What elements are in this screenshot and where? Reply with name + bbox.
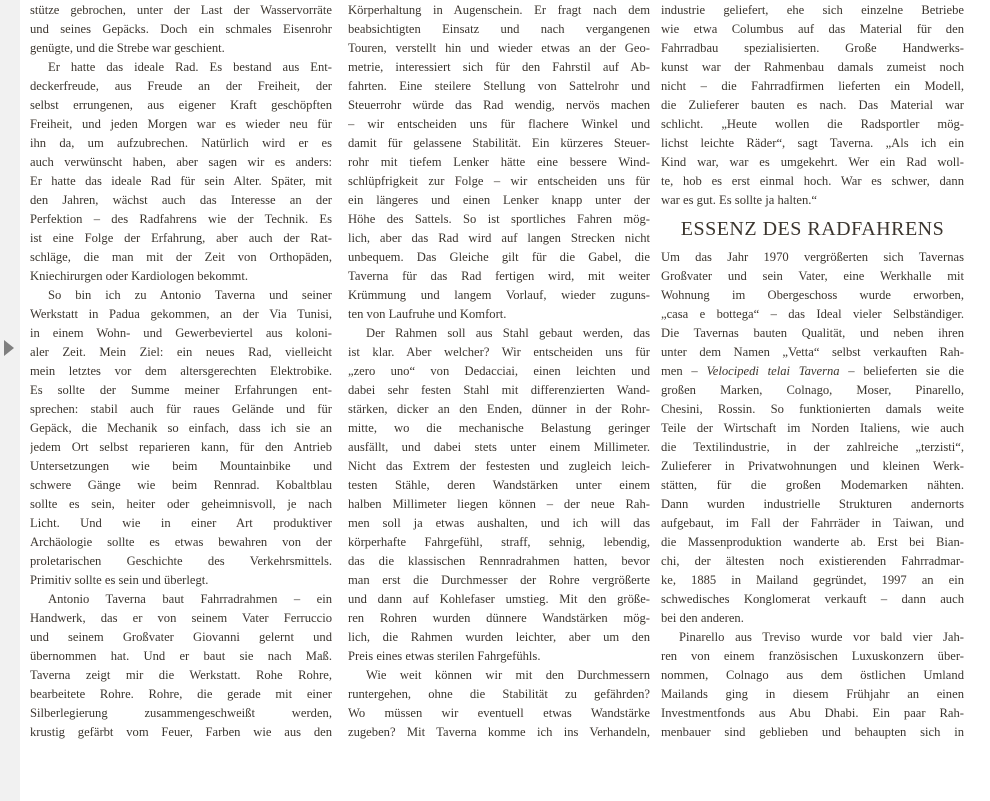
text-line: stätten, für die großen Modemarken nähte… xyxy=(661,476,964,495)
text-line: nicht – die Fahrradfirmen lieferten ein … xyxy=(661,77,964,96)
text-line: übernommen hat. Und er baut sie nach Maß… xyxy=(30,647,332,666)
text-line: Körperhaltung in Augenschein. Er fragt n… xyxy=(348,1,650,20)
text-line: testen Stähle, deren Wandstärken unter e… xyxy=(348,476,650,495)
text-line: Wo müssen wir eventuell etwas Wandstärke xyxy=(348,704,650,723)
text-line: Chesini, Rossin. So funktionierten damal… xyxy=(661,400,964,419)
text-line: Großvater und sein Vater, eine Werkhalle… xyxy=(661,267,964,286)
text-line: rohr mit tiefem Lenker hätte eine besser… xyxy=(348,153,650,172)
magazine-page: stütze gebrochen, unter der Last der Was… xyxy=(0,0,990,801)
text-line: und seines Gepäcks. Doch ein schmales Ei… xyxy=(30,20,332,39)
text-line: Primitiv sollte es sein und überlegt. xyxy=(30,571,332,590)
text-line: Die Tavernas bauten Qualität, und neben … xyxy=(661,324,964,343)
text-line: körperhafte Fahrgefühl, straff, sehnig, … xyxy=(348,533,650,552)
text-line: Antonio Taverna baut Fahrradrahmen – ein xyxy=(30,590,332,609)
text-line: Höhe des Sattels. So ist sportliches Fah… xyxy=(348,210,650,229)
text-line: stütze gebrochen, unter der Last der Was… xyxy=(30,1,332,20)
text-line: ausfällt, und dabei stets unter einem Mi… xyxy=(348,438,650,457)
text-line: sprechen: stabil auch für raues Gelände … xyxy=(30,400,332,419)
text-line: „casa e bottega“ – das Ideal vieler Selb… xyxy=(661,305,964,324)
text-line: dabei sehr festen Stahl mit differenzier… xyxy=(348,381,650,400)
text-line: Freiheit, und jeden Morgen war es wieder… xyxy=(30,115,332,134)
text-line: Wie weit können wir mit den Durchmessern xyxy=(348,666,650,685)
text-line: ren von einem französischen Luxuskonzern… xyxy=(661,647,964,666)
text-line: chi, der ältesten noch existierenden Fah… xyxy=(661,552,964,571)
text-line: mitte, wo die mechanische Belastung geri… xyxy=(348,419,650,438)
text-line: den Jahren, wächst auch das Interesse an… xyxy=(30,191,332,210)
text-line: Gepäck, die Mechanik so einfach, dass ic… xyxy=(30,419,332,438)
text-line: kunst war der Rahmenbau damals zumeist n… xyxy=(661,58,964,77)
text-line: lichst leichte Räder“, sagt Taverna. „Al… xyxy=(661,134,964,153)
text-line: und dann auf Kohlefaser umstieg. Mit den… xyxy=(348,590,650,609)
text-line: war es gut. Es sollte ja halten.“ xyxy=(661,191,964,210)
article-column-3: industrie geliefert, ehe sich einzelne B… xyxy=(661,1,964,742)
article-column-1: stütze gebrochen, unter der Last der Was… xyxy=(30,1,332,742)
text-line: jedem Ort selbst reparieren kann, für de… xyxy=(30,438,332,457)
text-line: aufgebaut, im Fall der Fahrräder in Taiw… xyxy=(661,514,964,533)
text-line: schlicht. „Heute wollen die Radsportler … xyxy=(661,115,964,134)
text-line: selbst errungenen, aus eigener Kraft ges… xyxy=(30,96,332,115)
text-line: Kniechirurgen oder Kardiologen bekommt. xyxy=(30,267,332,286)
text-line: ist klar. Aber welcher? Wir entscheiden … xyxy=(348,343,650,362)
text-line: deckerfreude, aus Freude an der Freiheit… xyxy=(30,77,332,96)
article-column-2: Körperhaltung in Augenschein. Er fragt n… xyxy=(348,1,650,742)
text-line: halben Millimeter liegen können – der ne… xyxy=(348,495,650,514)
text-line: fahrten. Eine steilere Stellung von Satt… xyxy=(348,77,650,96)
text-line: So bin ich zu Antonio Taverna und seiner xyxy=(30,286,332,305)
text-line: Er hatte das ideale Rad. Es bestand aus … xyxy=(30,58,332,77)
text-line: die Textilindustrie, in der zahlreiche „… xyxy=(661,438,964,457)
text-line: industrie geliefert, ehe sich einzelne B… xyxy=(661,1,964,20)
text-line: Taverna für das Rad fertigen wird, mit w… xyxy=(348,267,650,286)
text-line: ke, 1885 in Mailand gegründet, 1997 an e… xyxy=(661,571,964,590)
text-line: runtergehen, ohne die Stabilität zu gefä… xyxy=(348,685,650,704)
text-line: mein letztes vor dem altersgerechten Ele… xyxy=(30,362,332,381)
text-line: Steuerrohr würde das Rad wendig, nervös … xyxy=(348,96,650,115)
text-line: Zulieferer in Privatwohnungen und kleine… xyxy=(661,457,964,476)
text-line: schlüpfrigkeit zur Folge – wir entscheid… xyxy=(348,172,650,191)
text-line: zugeben? Mit Taverna komme ich ins Verha… xyxy=(348,723,650,742)
text-line: Archäologie sollte es etwas bewahren von… xyxy=(30,533,332,552)
text-line: Kind war, war es umgekehrt. Wer ein Rad … xyxy=(661,153,964,172)
text-line: krustig gefärbt vom Feuer, Farben wie au… xyxy=(30,723,332,742)
text-line: Perfektion – des Radfahrens wie der Tech… xyxy=(30,210,332,229)
text-line: lich, aber das Rad wird auf langen Strec… xyxy=(348,229,650,248)
text-line: ten von Laufruhe und Komfort. xyxy=(348,305,650,324)
text-line: metrie, interessiert sich für den Fahrst… xyxy=(348,58,650,77)
text-line: unter dem Namen „Vetta“ selbst verkaufte… xyxy=(661,343,964,362)
text-line: Krümmung und langem Vorlauf, wieder zugu… xyxy=(348,286,650,305)
text-line: ein längeres und einen Lenker knapp unte… xyxy=(348,191,650,210)
text-line: in einem Wohn- und Gewerbeviertel aus ko… xyxy=(30,324,332,343)
text-line: auch verwünscht haben, aber sagen wir es… xyxy=(30,153,332,172)
text-line: Fahrradbau spezialisierten. Große Handwe… xyxy=(661,39,964,58)
text-line: Taverna zeigt mir die Werkstatt. Rohe Ro… xyxy=(30,666,332,685)
text-line: und seinem Großvater Giovanni gelernt un… xyxy=(30,628,332,647)
text-line: schwere Gänge wie beim Rennrad. Kobaltbl… xyxy=(30,476,332,495)
text-line: ren Rohren wurden dünnere Wandstärken mö… xyxy=(348,609,650,628)
text-line: menbauer sind geblieben und behaupten si… xyxy=(661,723,964,742)
text-line: Teile der Wirtschaft im Norden Italiens,… xyxy=(661,419,964,438)
text-line: te, hob es erst einmal hoch. War es schw… xyxy=(661,172,964,191)
text-line: großen Marken, Colnago, Moser, Pinarello… xyxy=(661,381,964,400)
text-line: Dann wurden industrielle Strukturen ande… xyxy=(661,495,964,514)
next-page-arrow-icon[interactable] xyxy=(4,340,14,356)
text-line: sollte es sein, heiter oder geheimnisvol… xyxy=(30,495,332,514)
text-line: damit für gelassene Stabilität. Ein kürz… xyxy=(348,134,650,153)
text-line: Der Rahmen soll aus Stahl gebaut werden,… xyxy=(348,324,650,343)
text-line: Licht. Und wie in einer Art produktiver xyxy=(30,514,332,533)
text-line: Handwerk, das er von seinem Vater Ferruc… xyxy=(30,609,332,628)
text-line: Mailands ging in diesem Frühjahr an eine… xyxy=(661,685,964,704)
text-line: genügte, und die Strebe war geschient. xyxy=(30,39,332,58)
text-line: Pinarello aus Treviso wurde vor bald vie… xyxy=(661,628,964,647)
text-line: schläge, die man mit der Zeit von Orthop… xyxy=(30,248,332,267)
text-line: Untersetzungen wie beim Mountainbike und xyxy=(30,457,332,476)
text-line: unbequem. Das Gleiche gilt für die Gabel… xyxy=(348,248,650,267)
text-line: men – Velocipedi telai Taverna – beliefe… xyxy=(661,362,964,381)
text-line: wie etwa Columbus auf das Material für d… xyxy=(661,20,964,39)
text-line: – wir entscheiden uns für flachere Winke… xyxy=(348,115,650,134)
text-line: Nicht das Extrem der festesten und zugle… xyxy=(348,457,650,476)
text-line: schwedisches Konglomerat verkauft – dann… xyxy=(661,590,964,609)
text-line: ihn da, um aufzubrechen. Natürlich wird … xyxy=(30,134,332,153)
text-line: bearbeitete Rohre. Rohre, die gerade mit… xyxy=(30,685,332,704)
text-line: Er hatte das ideale Rad für sein Alter. … xyxy=(30,172,332,191)
text-line: Investmentfonds aus Abu Dhabi. Ein paar … xyxy=(661,704,964,723)
text-line: Silberlegierung zusammengeschweißt werde… xyxy=(30,704,332,723)
text-line: Es sollte der Summe meiner Erfahrungen e… xyxy=(30,381,332,400)
page-edge-strip xyxy=(0,0,20,801)
text-line: Wohnung im Obergeschoss wurde erworben, xyxy=(661,286,964,305)
text-line: proletarischen Geschichte des Verkehrsmi… xyxy=(30,552,332,571)
text-line: die Massenproduktion wanderte ab. Erst b… xyxy=(661,533,964,552)
text-line: „zero uno“ von Dedacciai, einen leichten… xyxy=(348,362,650,381)
text-line: das die klassischen Rennradrahmen hatten… xyxy=(348,552,650,571)
text-line: nommen, Colnago aus dem östlichen Umland xyxy=(661,666,964,685)
text-line: Touren, verstellt hin und wieder etwas a… xyxy=(348,39,650,58)
text-line: ist eine Folge der Erfahrung, aber auch … xyxy=(30,229,332,248)
text-line: Werkstatt in Padua gekommen, an der Via … xyxy=(30,305,332,324)
text-line: aler Zeit. Mein Ziel: ein neues Rad, vie… xyxy=(30,343,332,362)
text-line: bei den anderen. xyxy=(661,609,964,628)
section-heading: ESSENZ DES RADFAHRENS xyxy=(661,217,964,241)
text-line: men soll ja etwas aushalten, und ich wil… xyxy=(348,514,650,533)
text-line: Preis eines etwas sterilen Fahrgefühls. xyxy=(348,647,650,666)
text-line: Um das Jahr 1970 vergrößerten sich Taver… xyxy=(661,248,964,267)
text-line: man erst die Durchmesser der Rohre vergr… xyxy=(348,571,650,590)
text-line: lich, die Rahmen wurden leichter, aber u… xyxy=(348,628,650,647)
text-line: beabsichtigten Einsatz und nach vergange… xyxy=(348,20,650,39)
text-line: stärken, dicker an den Enden, dünner in … xyxy=(348,400,650,419)
text-line: die Zulieferer bauten es nach. Das Mater… xyxy=(661,96,964,115)
